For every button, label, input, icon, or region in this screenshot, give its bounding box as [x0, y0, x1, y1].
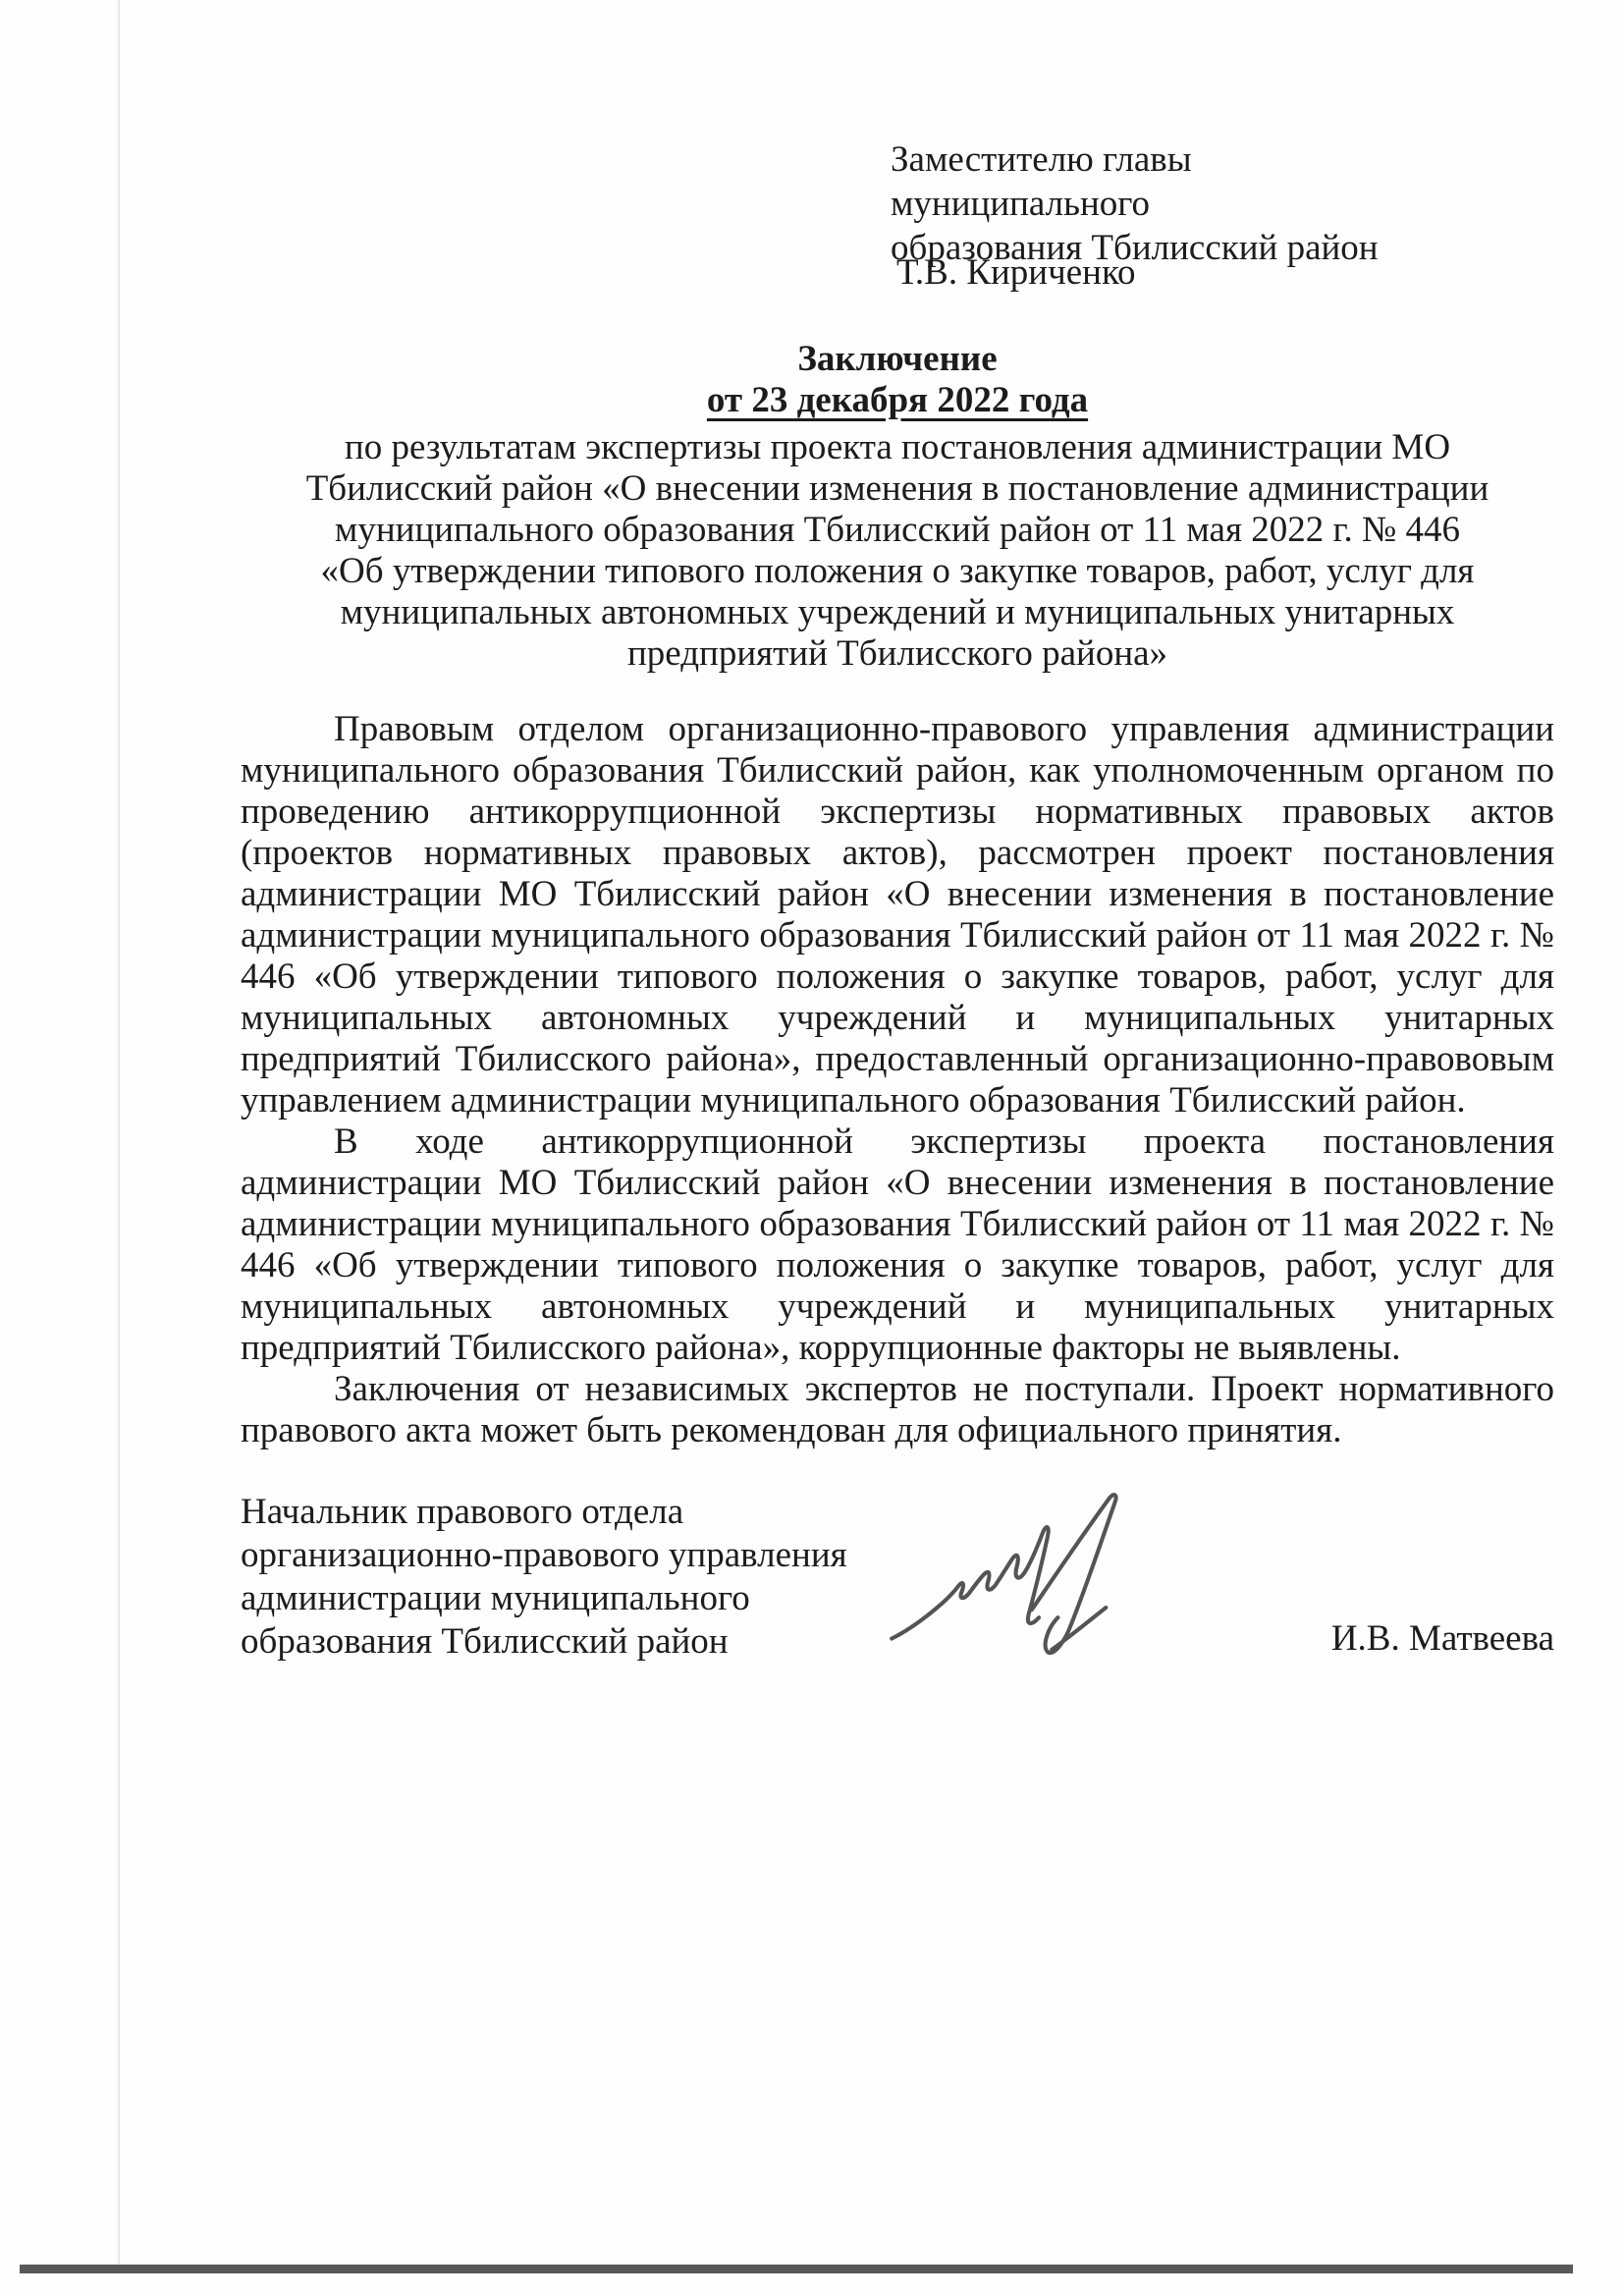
title-block: Заключение от 23 декабря 2022 года по ре… [241, 339, 1554, 675]
document-date: от 23 декабря 2022 года [241, 380, 1554, 421]
addressee-line-1: Заместителю главы муниципального [891, 137, 1440, 226]
signatory-position-line-1: Начальник правового отдела [241, 1491, 849, 1534]
scan-edge-bar [20, 2265, 1573, 2273]
subject-line-4: «Об утверждении типового положения о зак… [241, 551, 1554, 592]
document-body: Правовым отделом организационно-правовог… [241, 709, 1554, 1451]
signatory-position-line-3: администрации муниципального [241, 1577, 849, 1620]
subject-line-6: предприятий Тбилисского района» [241, 633, 1554, 675]
subject-line-5: муниципальных автономных учреждений и му… [241, 592, 1554, 633]
document-title: Заключение [241, 339, 1554, 380]
subject-line-3: муниципального образования Тбилисский ра… [241, 510, 1554, 551]
subject-line-1: по результатам экспертизы проекта постан… [241, 427, 1554, 468]
signatory-name: И.В. Матвеева [241, 1618, 1554, 1660]
signatory-position-line-2: организационно-правового управления [241, 1534, 849, 1577]
addressee-name: Т.В. Кириченко [896, 250, 1136, 295]
paragraph-2: В ходе антикоррупционной экспертизы прое… [241, 1121, 1554, 1369]
paragraph-1: Правовым отделом организационно-правовог… [241, 709, 1554, 1121]
document-page: Заместителю главы муниципального образов… [0, 0, 1624, 2296]
paragraph-3: Заключения от независимых экспертов не п… [241, 1369, 1554, 1451]
scan-artifact-line [118, 0, 120, 2265]
subject-line-2: Тбилисский район «О внесении изменения в… [241, 468, 1554, 510]
